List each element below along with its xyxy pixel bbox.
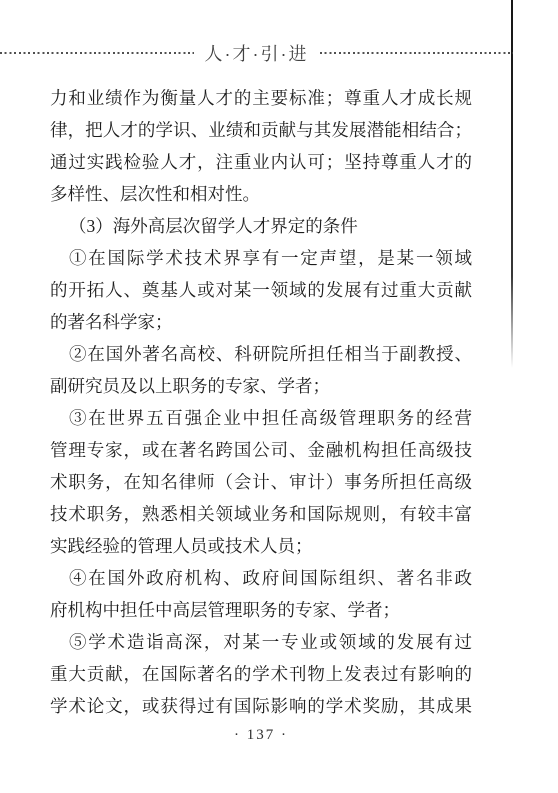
text-line: 管理专家，或在著名跨国公司、金融机构担任高级技 <box>50 434 472 466</box>
text-line: 重大贡献，在国际著名的学术刊物上发表过有影响的 <box>50 658 472 690</box>
text-line: 力和业绩作为衡量人才的主要标准；尊重人才成长规 <box>50 82 472 114</box>
text-line: 学术论文，或获得过有国际影响的学术奖励，其成果 <box>50 690 472 722</box>
text-line: ④在国外政府机构、政府间国际组织、著名非政 <box>50 562 472 594</box>
running-head-title: 人·才·引·进 <box>205 40 309 66</box>
text-line: 技术职务，熟悉相关领域业务和国际规则，有较丰富 <box>50 498 472 530</box>
text-line: （3）海外高层次留学人才界定的条件 <box>50 210 472 242</box>
text-line: 术职务，在知名律师（会计、审计）事务所担任高级 <box>50 466 472 498</box>
body-text-column: 力和业绩作为衡量人才的主要标准；尊重人才成长规律，把人才的学识、业绩和贡献与其发… <box>50 82 472 722</box>
header-rule-right <box>320 52 514 54</box>
text-line: 多样性、层次性和相对性。 <box>50 178 472 210</box>
page-number: · 137 · <box>50 727 472 744</box>
header-rule-left <box>0 52 194 54</box>
text-line: 副研究员及以上职务的专家、学者； <box>50 370 472 402</box>
text-line: ②在国外著名高校、科研院所担任相当于副教授、 <box>50 338 472 370</box>
text-line: ⑤学术造诣高深，对某一专业或领域的发展有过 <box>50 626 472 658</box>
book-page: 人·才·引·进 力和业绩作为衡量人才的主要标准；尊重人才成长规律，把人才的学识、… <box>0 0 558 793</box>
page-header: 人·才·引·进 <box>0 42 513 63</box>
text-line: 实践经验的管理人员或技术人员； <box>50 530 472 562</box>
text-line: 通过实践检验人才，注重业内认可；坚持尊重人才的 <box>50 146 472 178</box>
text-line: 律，把人才的学识、业绩和贡献与其发展潜能相结合； <box>50 114 472 146</box>
text-line: 府机构中担任中高层管理职务的专家、学者； <box>50 594 472 626</box>
text-line: ①在国际学术技术界享有一定声望，是某一领域 <box>50 242 472 274</box>
text-line: 的著名科学家； <box>50 306 472 338</box>
text-line: 的开拓人、奠基人或对某一领域的发展有过重大贡献 <box>50 274 472 306</box>
text-line: ③在世界五百强企业中担任高级管理职务的经营 <box>50 402 472 434</box>
